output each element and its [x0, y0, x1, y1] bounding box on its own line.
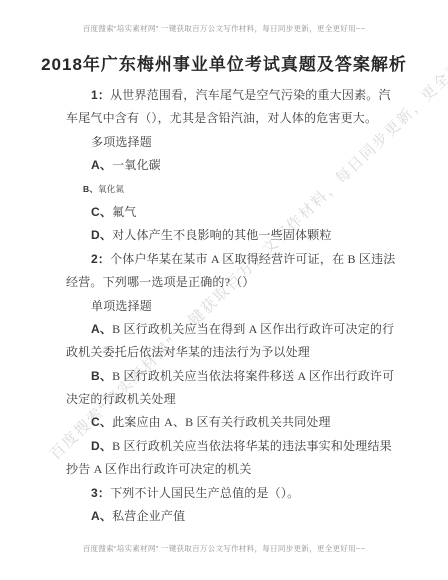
line-text: 私营企业产值: [112, 509, 185, 523]
line-text: 个体户华某在某市 A 区取得经营许可证，在 B 区违法: [110, 252, 395, 266]
line-text: 一氧化碳: [112, 158, 161, 172]
line-prefix: 3：: [91, 486, 110, 500]
line-text: 此案应由 A、B 区有关行政机关共同处理: [112, 415, 331, 429]
document-line: D、B 区行政机关应当依法将华某的违法事实和处理结果: [66, 435, 398, 458]
line-text: 单项选择题: [91, 299, 152, 313]
document-page: 百度搜索“培实素材网” 一键获取百万公文写作材料，每日同步更新，更全更好用~~ …: [0, 0, 448, 580]
document-line: D、对人体产生不良影响的其他一些固体颗粒: [66, 224, 398, 247]
document-line: 3：下列不计人国民生产总值的是（）。: [66, 482, 398, 505]
line-prefix: B、: [83, 184, 98, 194]
line-text: 对人体产生不良影响的其他一些固体颗粒: [112, 228, 332, 242]
line-text: 抄告 A 区作出行政许可决定的机关: [66, 462, 251, 476]
document-line: A、一氧化碳: [66, 154, 398, 177]
document-line: B、B 区行政机关应当依法将案件移送 A 区作出行政许可: [66, 365, 398, 388]
document-line: 政机关委托后依法对华某的违法行为予以处理: [66, 341, 398, 364]
line-text: B 区行政机关应当依法将案件移送 A 区作出行政许可: [112, 369, 394, 383]
line-prefix: A、: [91, 158, 112, 172]
line-prefix: C、: [91, 205, 112, 219]
line-text: 经营。下列哪一选项是正确的?（）: [66, 275, 255, 289]
line-text: 氟气: [112, 205, 136, 219]
document-line: C、此案应由 A、B 区有关行政机关共同处理: [66, 411, 398, 434]
line-text: 下列不计人国民生产总值的是（）。: [110, 486, 299, 500]
line-text: 决定的行政机关处理: [66, 392, 176, 406]
line-text: 政机关委托后依法对华某的违法行为予以处理: [66, 345, 310, 359]
line-prefix: 2：: [91, 252, 110, 266]
line-text: B 区行政机关应当在得到 A 区作出行政许可决定的行: [112, 322, 394, 336]
document-line: 2：个体户华某在某市 A 区取得经营许可证，在 B 区违法: [66, 248, 398, 271]
line-text: 从世界范围看，汽车尾气是空气污染的重大因素。汽: [110, 88, 391, 102]
line-text: 车尾气中含有（），尤其是含铅汽油，对人体的危害更大。: [66, 111, 377, 125]
document-line: 决定的行政机关处理: [66, 388, 398, 411]
header-promo-note: 百度搜索“培实素材网” 一键获取百万公文写作材料，每日同步更新，更全更好用~~: [0, 23, 448, 34]
page-title: 2018年广东梅州事业单位考试真题及答案解析: [0, 50, 448, 75]
line-prefix: D、: [91, 228, 112, 242]
document-line: 车尾气中含有（），尤其是含铅汽油，对人体的危害更大。: [66, 107, 398, 130]
line-prefix: 1：: [91, 88, 110, 102]
line-prefix: A、: [91, 322, 112, 336]
line-text: 氧化氮: [98, 184, 124, 194]
line-text: 多项选择题: [91, 135, 152, 149]
document-line: 抄告 A 区作出行政许可决定的机关: [66, 458, 398, 481]
document-line: C、氟气: [66, 201, 398, 224]
document-line: A、私营企业产值: [66, 505, 398, 528]
line-prefix: C、: [91, 415, 112, 429]
footer-promo-note: 百度搜索“培实素材网” 一键获取百万公文写作材料，每日同步更新，更全更好用~~: [0, 543, 448, 554]
line-prefix: A、: [91, 509, 112, 523]
document-line: 经营。下列哪一选项是正确的?（）: [66, 271, 398, 294]
document-line: 单项选择题: [66, 295, 398, 318]
line-prefix: D、: [91, 439, 112, 453]
document-line: 1：从世界范围看，汽车尾气是空气污染的重大因素。汽: [66, 84, 398, 107]
document-body: 1：从世界范围看，汽车尾气是空气污染的重大因素。汽车尾气中含有（），尤其是含铅汽…: [66, 84, 398, 528]
document-line: 多项选择题: [66, 131, 398, 154]
document-line: B、氧化氮: [66, 178, 398, 201]
line-prefix: B、: [91, 369, 112, 383]
line-text: B 区行政机关应当依法将华某的违法事实和处理结果: [112, 439, 392, 453]
document-line: A、B 区行政机关应当在得到 A 区作出行政许可决定的行: [66, 318, 398, 341]
